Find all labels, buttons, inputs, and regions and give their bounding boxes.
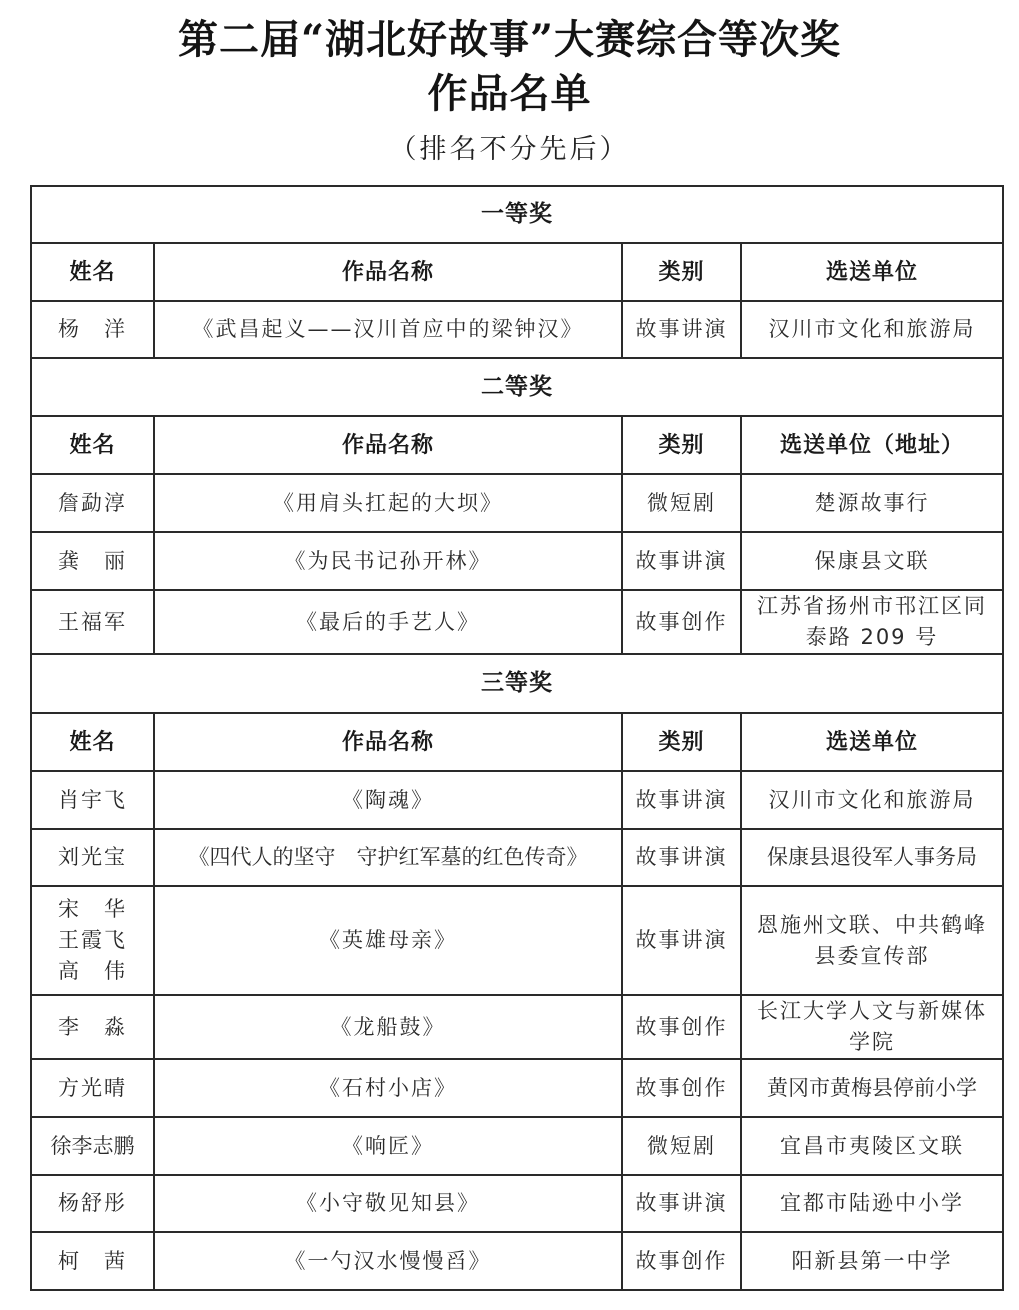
cell-name: 王福军 <box>31 590 154 654</box>
awards-table: 一等奖 姓名 作品名称 类别 选送单位 杨 洋 《武昌起义——汉川首应中的梁钟汉… <box>30 185 1004 1291</box>
cell-work: 《为民书记孙开林》 <box>154 532 622 590</box>
cell-work: 《一勺汉水慢慢舀》 <box>154 1232 622 1290</box>
cell-category: 故事创作 <box>622 1232 741 1290</box>
cell-category: 故事讲演 <box>622 532 741 590</box>
document-title: 第二届“湖北好故事”大赛综合等次奖 <box>0 14 1019 66</box>
cell-work: 《用肩头扛起的大坝》 <box>154 474 622 532</box>
cell-work: 《小守敬见知县》 <box>154 1175 622 1232</box>
cell-work: 《最后的手艺人》 <box>154 590 622 654</box>
cell-unit: 汉川市文化和旅游局 <box>741 301 1003 358</box>
cell-name: 刘光宝 <box>31 829 154 886</box>
table-row: 方光晴 《石村小店》 故事创作 黄冈市黄梅县停前小学 <box>31 1059 1003 1117</box>
document-title-line2: 作品名单 <box>0 68 1019 120</box>
section-title: 二等奖 <box>31 358 1003 416</box>
cell-names-multi: 宋 华 王霞飞 高 伟 <box>31 886 154 995</box>
header-unit: 选送单位 <box>741 243 1003 301</box>
section-title: 一等奖 <box>31 186 1003 243</box>
cell-category: 故事创作 <box>622 995 741 1059</box>
table-row: 刘光宝 《四代人的坚守 守护红军墓的红色传奇》 故事讲演 保康县退役军人事务局 <box>31 829 1003 886</box>
header-row: 姓名 作品名称 类别 选送单位 <box>31 243 1003 301</box>
cell-category: 故事讲演 <box>622 886 741 995</box>
cell-name: 杨舒彤 <box>31 1175 154 1232</box>
table-row: 杨 洋 《武昌起义——汉川首应中的梁钟汉》 故事讲演 汉川市文化和旅游局 <box>31 301 1003 358</box>
name-line: 王霞飞 <box>58 925 127 956</box>
cell-name: 李 淼 <box>31 995 154 1059</box>
cell-unit: 宜都市陆逊中小学 <box>741 1175 1003 1232</box>
header-work: 作品名称 <box>154 416 622 474</box>
name-line: 宋 华 <box>58 894 127 925</box>
name-line: 高 伟 <box>58 956 127 987</box>
header-name: 姓名 <box>31 243 154 301</box>
cell-work: 《英雄母亲》 <box>154 886 622 995</box>
header-row: 姓名 作品名称 类别 选送单位 <box>31 713 1003 771</box>
cell-category: 微短剧 <box>622 474 741 532</box>
cell-name: 龚 丽 <box>31 532 154 590</box>
table-row: 王福军 《最后的手艺人》 故事创作 江苏省扬州市邗江区同泰路 209 号 <box>31 590 1003 654</box>
header-unit: 选送单位（地址） <box>741 416 1003 474</box>
cell-name: 方光晴 <box>31 1059 154 1117</box>
cell-category: 微短剧 <box>622 1117 741 1175</box>
table-row: 龚 丽 《为民书记孙开林》 故事讲演 保康县文联 <box>31 532 1003 590</box>
table-row: 杨舒彤 《小守敬见知县》 故事讲演 宜都市陆逊中小学 <box>31 1175 1003 1232</box>
header-name: 姓名 <box>31 713 154 771</box>
header-work: 作品名称 <box>154 713 622 771</box>
cell-name: 杨 洋 <box>31 301 154 358</box>
cell-category: 故事讲演 <box>622 771 741 829</box>
cell-category: 故事创作 <box>622 1059 741 1117</box>
header-unit: 选送单位 <box>741 713 1003 771</box>
cell-category: 故事讲演 <box>622 1175 741 1232</box>
cell-category: 故事讲演 <box>622 829 741 886</box>
cell-unit: 汉川市文化和旅游局 <box>741 771 1003 829</box>
header-category: 类别 <box>622 243 741 301</box>
cell-unit: 阳新县第一中学 <box>741 1232 1003 1290</box>
table-row: 詹勐淳 《用肩头扛起的大坝》 微短剧 楚源故事行 <box>31 474 1003 532</box>
cell-work: 《石村小店》 <box>154 1059 622 1117</box>
document-subtitle: （排名不分先后） <box>0 130 1019 170</box>
cell-name: 肖宇飞 <box>31 771 154 829</box>
section-row-first-prize: 一等奖 <box>31 186 1003 243</box>
section-row-third-prize: 三等奖 <box>31 654 1003 713</box>
cell-unit: 宜昌市夷陵区文联 <box>741 1117 1003 1175</box>
cell-category: 故事讲演 <box>622 301 741 358</box>
table-row: 徐李志鹏 《响匠》 微短剧 宜昌市夷陵区文联 <box>31 1117 1003 1175</box>
cell-unit: 保康县退役军人事务局 <box>741 829 1003 886</box>
cell-unit: 黄冈市黄梅县停前小学 <box>741 1059 1003 1117</box>
table-row: 肖宇飞 《陶魂》 故事讲演 汉川市文化和旅游局 <box>31 771 1003 829</box>
table-row: 柯 茜 《一勺汉水慢慢舀》 故事创作 阳新县第一中学 <box>31 1232 1003 1290</box>
cell-work: 《四代人的坚守 守护红军墓的红色传奇》 <box>154 829 622 886</box>
header-work: 作品名称 <box>154 243 622 301</box>
header-category: 类别 <box>622 416 741 474</box>
header-name: 姓名 <box>31 416 154 474</box>
header-category: 类别 <box>622 713 741 771</box>
cell-work: 《龙船鼓》 <box>154 995 622 1059</box>
cell-unit: 长江大学人文与新媒体学院 <box>741 995 1003 1059</box>
cell-name: 柯 茜 <box>31 1232 154 1290</box>
header-row: 姓名 作品名称 类别 选送单位（地址） <box>31 416 1003 474</box>
cell-work: 《陶魂》 <box>154 771 622 829</box>
table-row: 李 淼 《龙船鼓》 故事创作 长江大学人文与新媒体学院 <box>31 995 1003 1059</box>
cell-name: 徐李志鹏 <box>31 1117 154 1175</box>
cell-category: 故事创作 <box>622 590 741 654</box>
section-row-second-prize: 二等奖 <box>31 358 1003 416</box>
cell-name: 詹勐淳 <box>31 474 154 532</box>
cell-unit: 楚源故事行 <box>741 474 1003 532</box>
cell-unit: 江苏省扬州市邗江区同泰路 209 号 <box>741 590 1003 654</box>
cell-work: 《响匠》 <box>154 1117 622 1175</box>
cell-unit: 保康县文联 <box>741 532 1003 590</box>
cell-work: 《武昌起义——汉川首应中的梁钟汉》 <box>154 301 622 358</box>
cell-unit: 恩施州文联、中共鹤峰县委宣传部 <box>741 886 1003 995</box>
table-row: 宋 华 王霞飞 高 伟 《英雄母亲》 故事讲演 恩施州文联、中共鹤峰县委宣传部 <box>31 886 1003 995</box>
section-title: 三等奖 <box>31 654 1003 713</box>
